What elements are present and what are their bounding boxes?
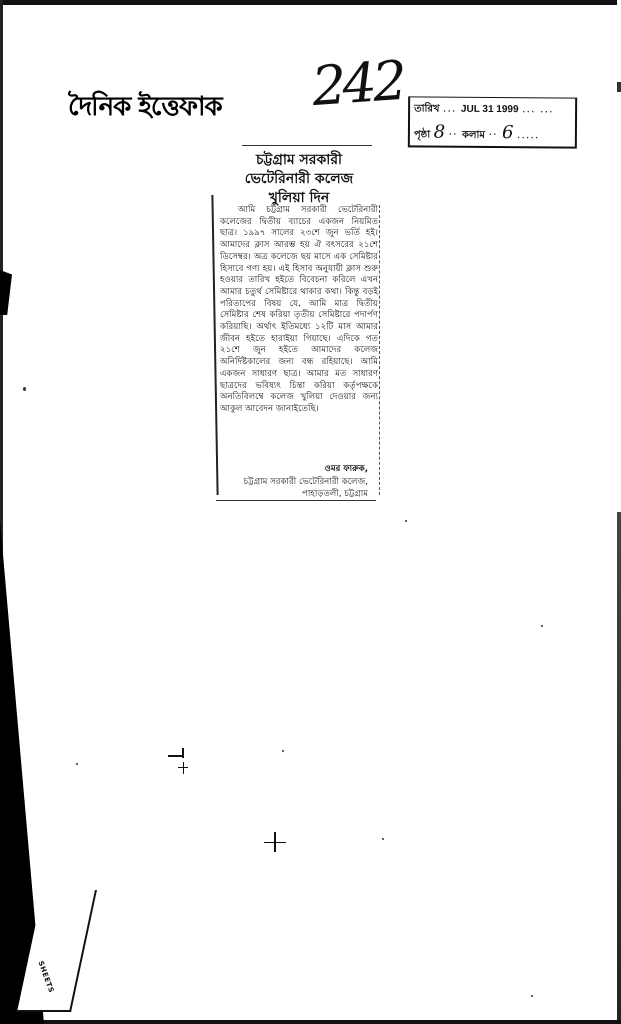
headline-line-1: চট্টগ্রাম সরকারী <box>224 151 374 170</box>
scan-mark <box>182 748 184 758</box>
newspaper-masthead: দৈনিক ইত্তেফাক <box>68 86 222 130</box>
signature-name: ওমর ফারুক, <box>213 463 368 476</box>
crosshair-mark <box>274 832 276 852</box>
scan-speck <box>76 763 78 765</box>
stamp-date-label: তারিখ <box>414 103 439 114</box>
handwritten-page-number: 242 <box>310 49 405 118</box>
stamp-date-value: JUL 31 1999 <box>461 104 519 115</box>
newspaper-clipping: চট্টগ্রাম সরকারী ভেটেরিনারী কলেজ খুলিয়া… <box>212 145 382 503</box>
scan-top-edge <box>0 0 621 5</box>
scan-speck <box>382 838 384 840</box>
article-body: আমি চট্টগ্রাম সরকারী ভেটেরিনারী কলেজের দ… <box>220 205 378 416</box>
scan-bottom-edge <box>40 1020 621 1024</box>
scan-speck <box>541 625 543 627</box>
stamp-column-label: কলাম <box>462 130 485 141</box>
crosshair-mark <box>183 762 184 774</box>
signature-location: পাহাড়তলী, চট্টগ্রাম <box>213 488 368 501</box>
page-fold-shadow-top <box>0 270 12 315</box>
signature-institution: চট্টগ্রাম সরকারী ভেটেরিনারী কলেজ, <box>213 476 368 489</box>
stamp-column-value: 6 <box>502 122 514 143</box>
article-signature: ওমর ফারুক, চট্টগ্রাম সরকারী ভেটেরিনারী ক… <box>213 463 368 501</box>
scan-speck <box>531 995 533 997</box>
headline-line-2: ভেটেরিনারী কলেজ <box>224 170 374 189</box>
scan-speck <box>405 520 407 522</box>
scan-speck <box>282 750 284 752</box>
stamp-date-row: তারিখ ... JUL 31 1999 ... ... <box>414 101 554 119</box>
scan-right-edge <box>617 0 621 1024</box>
stamp-page-label: পৃষ্ঠা <box>414 129 430 140</box>
archive-stamp: তারিখ ... JUL 31 1999 ... ... পৃষ্ঠা 8 ·… <box>408 96 577 148</box>
article-paragraph: আমি চট্টগ্রাম সরকারী ভেটেরিনারী কলেজের দ… <box>220 205 378 416</box>
article-headline: চট্টগ্রাম সরকারী ভেটেরিনারী কলেজ খুলিয়া… <box>224 151 374 208</box>
stamp-page-value: 8 <box>434 122 446 143</box>
scan-speck <box>23 387 26 391</box>
stamp-page-row: পৃষ্ঠা 8 ·· কলাম ·· 6 ..... <box>414 121 540 145</box>
